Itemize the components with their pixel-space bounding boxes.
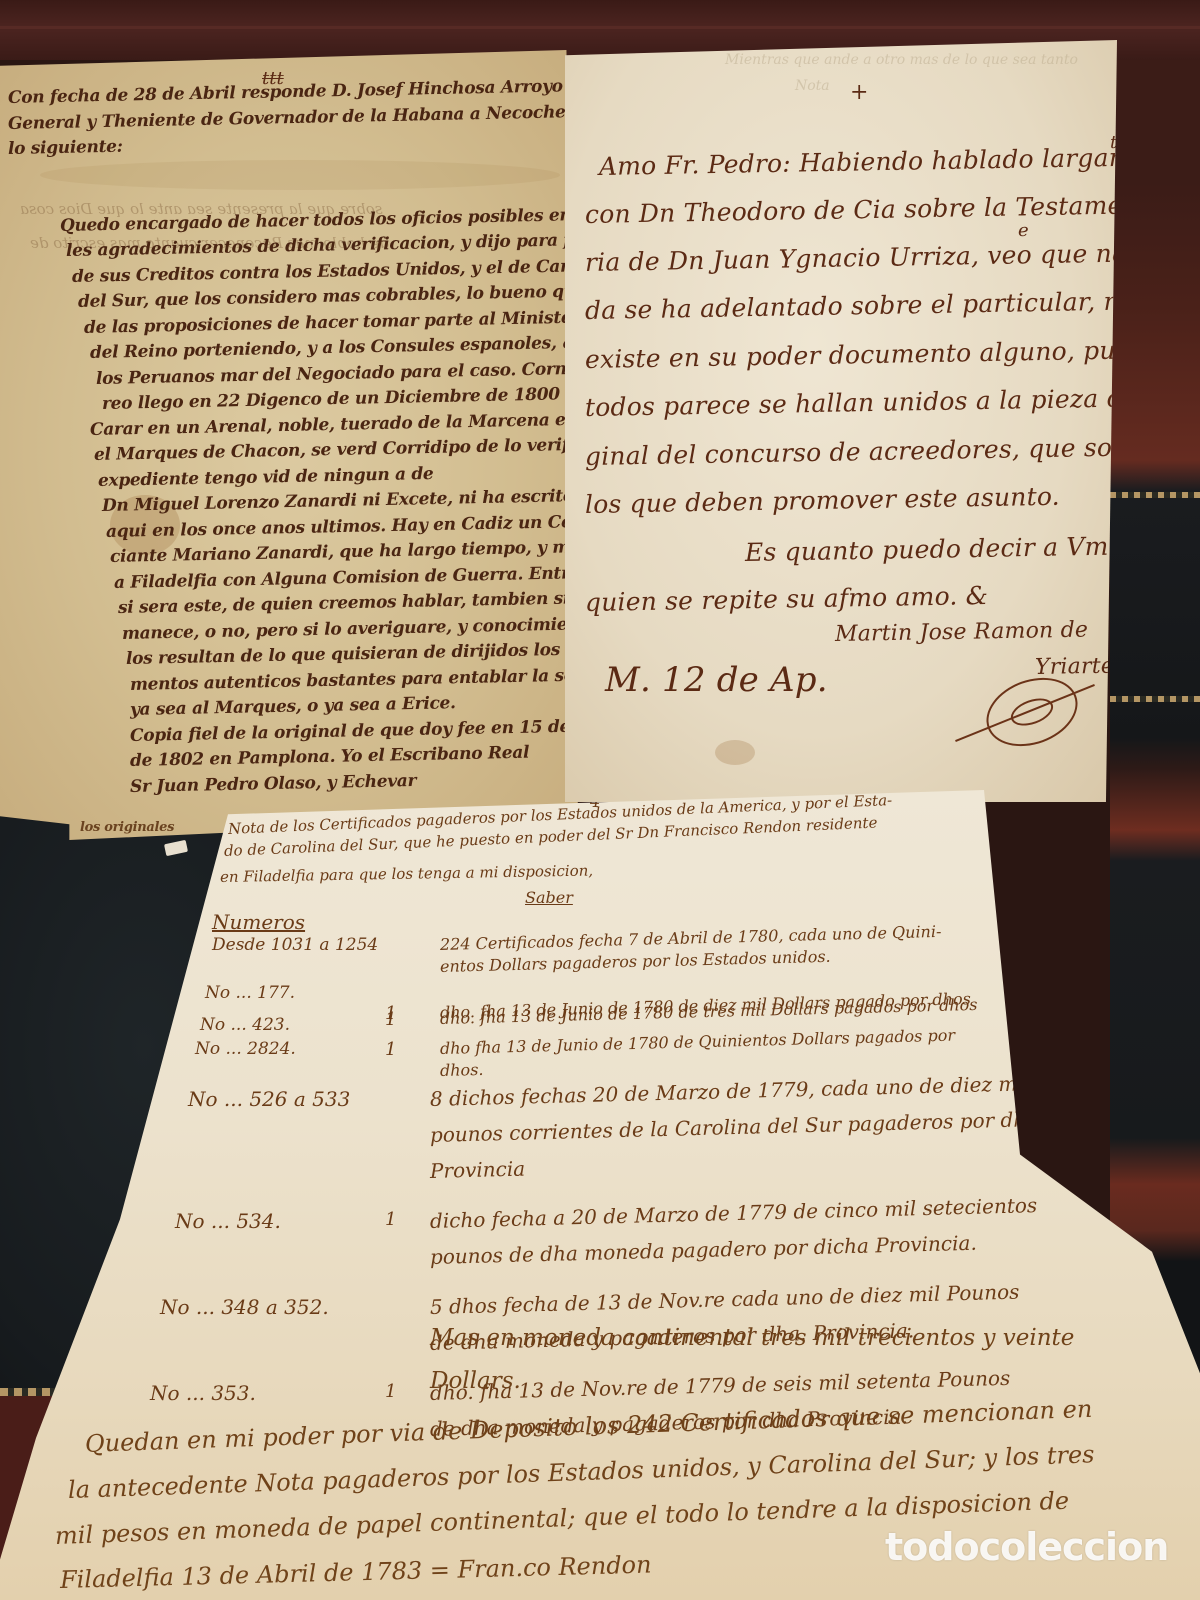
manuscript-line: reo llego en 22 Digenco de un Diciembre …	[102, 384, 583, 414]
manuscript-line: aqui en los once anos ultimos. Hay en Ca…	[106, 511, 616, 542]
certificate-description: dhos.	[440, 1060, 484, 1080]
certificate-number: No ... 353.	[150, 1381, 256, 1405]
closing-line: Filadelfia 13 de Abril de 1783 = Fran.co…	[60, 1551, 652, 1594]
manuscript-line: ya sea al Marques, o ya sea a Erice.	[130, 693, 456, 720]
certificate-description: 5 dhos fecha de 13 de Nov.re cada uno de…	[430, 1280, 1020, 1319]
certificate-description: pounos corrientes de la Carolina del Sur…	[430, 1107, 1039, 1147]
manuscript-line: Sr Juan Pedro Olaso, y Echevar	[130, 771, 417, 797]
certificate-number: No ... 423.	[200, 1015, 290, 1035]
manuscript-line: manece, o no, pero si lo averiguare, y c…	[122, 613, 633, 644]
letter-line: ria de Dn Juan Ygnacio Urriza, veo que n…	[585, 238, 1136, 277]
certificate-count: 1	[385, 1039, 396, 1060]
manuscript-line: General y Theniente de Governador de la …	[8, 101, 583, 133]
certificate-description: pounos de dha moneda pagadero por dicha …	[430, 1231, 977, 1269]
certificate-number: No ... 348 a 352.	[160, 1295, 329, 1319]
manuscript-left: ttt sobre que la presente sea ante lo qu…	[0, 50, 578, 840]
letter-line: quien se repite su afmo amo. &	[585, 581, 989, 617]
manuscript-line: de 1802 en Pamplona. Yo el Escribano Rea…	[130, 743, 530, 771]
extra-line: Mas en moneda continental tres mil treci…	[430, 1325, 1074, 1351]
certificate-number: No ... 2824.	[195, 1039, 296, 1059]
date-note: M. 12 de Ap.	[605, 660, 828, 700]
edge-text: los originales	[80, 820, 174, 835]
letter-line: Es quanto puedo decir a Vm de	[745, 531, 1148, 567]
superscript: e	[1018, 220, 1029, 241]
manuscript-line: expediente tengo vid de ningun a de	[98, 463, 434, 490]
certificate-description: dicho fecha a 20 de Marzo de 1779 de cin…	[430, 1193, 1038, 1233]
manuscript-line: mentos autenticos bastantes para entabla…	[130, 664, 635, 695]
manuscript-line: si sera este, de quien creemos hablar, t…	[118, 588, 613, 618]
certificate-description: 224 Certificados fecha 7 de Abril de 178…	[440, 922, 942, 954]
bleed-through-text: Nota	[795, 78, 830, 94]
heading-saber: Saber	[525, 888, 573, 907]
manuscript-line: de las proposiciones de hacer tomar part…	[84, 307, 598, 338]
certificate-description: 8 dichos fechas 20 de Marzo de 1779, cad…	[430, 1071, 1031, 1111]
letter-line: con Dn Theodoro de Cia sobre la Testamen…	[585, 190, 1173, 229]
letter-line: existe en su poder documento alguno, pue…	[585, 335, 1144, 374]
page-mark: +	[850, 80, 868, 105]
certificate-number: No ... 526 a 533	[188, 1087, 350, 1111]
letter-line: Martin Jose Ramon de	[835, 618, 1089, 647]
intro-line: en Filadelfia para que los tenga a mi di…	[220, 861, 593, 886]
letter-line: los que deben promover este asunto.	[585, 482, 1060, 519]
extra-line: Dollars.	[430, 1368, 521, 1394]
letter-line: Amo Fr. Pedro: Habiendo hablado largamen…	[599, 142, 1190, 181]
certificate-description: Provincia	[430, 1157, 526, 1183]
certificate-count: 1	[385, 1009, 396, 1030]
manuscript-line: los resultan de lo que quisieran de diri…	[126, 639, 618, 669]
certificate-number: No ... 534.	[175, 1209, 281, 1233]
bleed-through-text: Mientras que ande a otro mas de lo que s…	[725, 52, 1078, 68]
certificate-number: No ... 177.	[205, 983, 295, 1003]
letter-line: da se ha adelantado sobre el particular,…	[585, 287, 1128, 325]
manuscript-line: Dn Miguel Lorenzo Zanardi ni Excete, ni …	[102, 486, 574, 516]
manuscript-line: del Reino porteniendo, y a los Consules …	[90, 332, 635, 363]
certificate-description: dho fha 13 de Junio de 1780 de Quiniento…	[440, 1026, 955, 1058]
manuscript-line: Carar en un Arenal, noble, tuerado de la…	[90, 409, 578, 439]
certificate-count: 1	[385, 1209, 396, 1230]
certificate-count: 1	[385, 1381, 396, 1402]
letter-line: todos parece se hallan unidos a la pieza…	[585, 383, 1151, 422]
letter-line: Yriarte	[1035, 654, 1114, 680]
letter-line: ginal del concurso de acreedores, que so…	[585, 433, 1129, 471]
manuscript-line: Copia fiel de la original de que doy fee…	[130, 715, 619, 745]
certificate-number: Desde 1031 a 1254	[212, 935, 378, 955]
manuscript-line: lo siguiente:	[8, 137, 123, 159]
watermark-logo: todocoleccion	[885, 1525, 1168, 1569]
letter-right: Mientras que ande a otro mas de lo que s…	[565, 40, 1117, 802]
heading-numeros: Numeros	[212, 910, 305, 934]
